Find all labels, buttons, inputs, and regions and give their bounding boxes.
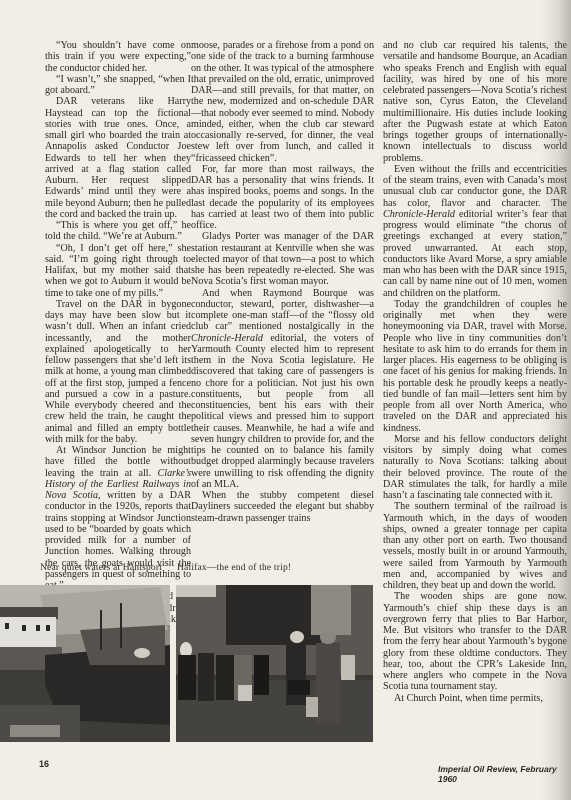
- paragraph: “You shouldn’t have come on this train i…: [45, 40, 191, 74]
- paragraph: For, far more than most railways, the DA…: [191, 164, 374, 232]
- paragraph: The southern terminal of the railroad is…: [383, 501, 567, 591]
- article-column-2: moose, parades or a firehose from a pond…: [191, 40, 374, 524]
- harbor-boat-photo: [0, 585, 170, 742]
- page-number: 16: [39, 759, 49, 769]
- paragraph: Travel on the DAR in bygone days may hav…: [45, 299, 191, 445]
- paragraph: Gladys Porter was manager of the DAR sta…: [191, 231, 374, 287]
- newspaper-title: Chronicle-Herald: [383, 209, 455, 220]
- paragraph: Today the grandchildren of couples he or…: [383, 299, 567, 434]
- paragraph: At Church Point, when time permits,: [383, 693, 567, 704]
- text-run: , written by a DAR conductor in the 1920…: [45, 490, 191, 591]
- paragraph: moose, parades or a firehose from a pond…: [191, 40, 374, 164]
- paragraph: and no club car required his talents, th…: [383, 40, 567, 164]
- paragraph: When the stubby competent diesel Dayline…: [191, 490, 374, 524]
- paragraph: DAR veterans like Harry Haystead can top…: [45, 96, 191, 220]
- text-run: And when Raymond Bourque was conductor, …: [191, 288, 374, 333]
- paragraph: “I wasn’t,” she snapped, “when I got abo…: [45, 74, 191, 97]
- text-run: editorial, the voters of Yarmouth County…: [191, 333, 374, 490]
- paragraph: “Oh, I don’t get off here,” she said. “I…: [45, 243, 191, 299]
- article-column-1: “You shouldn’t have come on this train i…: [45, 40, 191, 636]
- article-column-3: and no club car required his talents, th…: [383, 40, 567, 704]
- text-run: editorial writer’s fear that progress wo…: [383, 209, 567, 299]
- text-run: Even without the frills and eccentriciti…: [383, 164, 567, 209]
- photo-caption-halifax: Halifax—the end of the trip!: [177, 563, 291, 573]
- publication-credit: Imperial Oil Review, February 1960: [438, 764, 571, 784]
- station-passengers-photo: [176, 585, 373, 742]
- paragraph: “This is where you get off,” he told the…: [45, 220, 191, 243]
- newspaper-title: Chronicle-Herald: [191, 333, 263, 344]
- photo-caption-hantsport: Near quiet waters at Hantsport: [40, 563, 162, 573]
- paragraph: Even without the frills and eccentriciti…: [383, 164, 567, 299]
- paragraph: Morse and his fellow conductors delight …: [383, 434, 567, 502]
- paragraph: And when Raymond Bourque was conductor, …: [191, 288, 374, 491]
- paragraph: The wooden ships are gone now. Yarmouth’…: [383, 591, 567, 692]
